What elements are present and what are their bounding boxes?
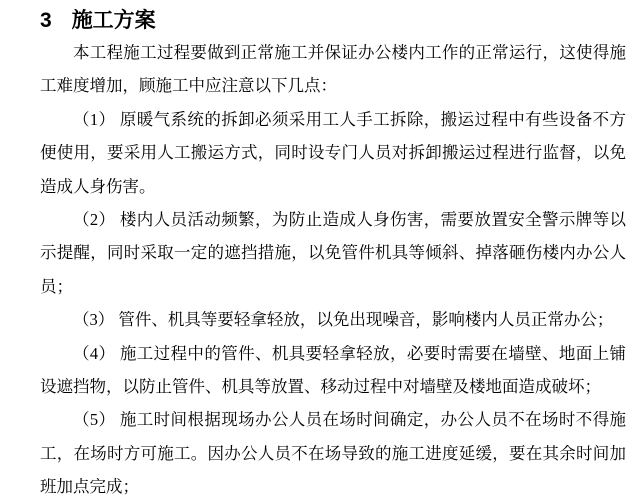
paragraph-item-3: （3） 管件、机具等要轻拿轻放，以免出现噪音，影响楼内人员正常办公；	[40, 303, 626, 336]
paragraph-item-4: （4） 施工过程中的管件、机具要轻拿轻放，必要时需要在墙壁、地面上铺设遮挡物，以…	[40, 337, 626, 404]
section-heading-number: 3	[40, 9, 52, 32]
section-heading: 3施工方案	[40, 6, 626, 36]
paragraph-intro: 本工程施工过程要做到正常施工并保证办公楼内工作的正常运行，这使得施工难度增加，顾…	[40, 36, 626, 103]
paragraph-item-5: （5） 施工时间根据现场办公人员在场时间确定，办公人员不在场时不得施工，在场时方…	[40, 403, 626, 503]
paragraph-item-2: （2） 楼内人员活动频繁，为防止造成人身伤害，需要放置安全警示牌等以示提醒，同时…	[40, 203, 626, 303]
document-body: 本工程施工过程要做到正常施工并保证办公楼内工作的正常运行，这使得施工难度增加，顾…	[40, 36, 626, 503]
section-heading-title: 施工方案	[72, 9, 156, 32]
document-page: 3施工方案 本工程施工过程要做到正常施工并保证办公楼内工作的正常运行，这使得施工…	[0, 0, 636, 503]
paragraph-item-1: （1） 原暖气系统的拆卸必须采用工人手工拆除，搬运过程中有些设备不方便使用，要采…	[40, 103, 626, 203]
